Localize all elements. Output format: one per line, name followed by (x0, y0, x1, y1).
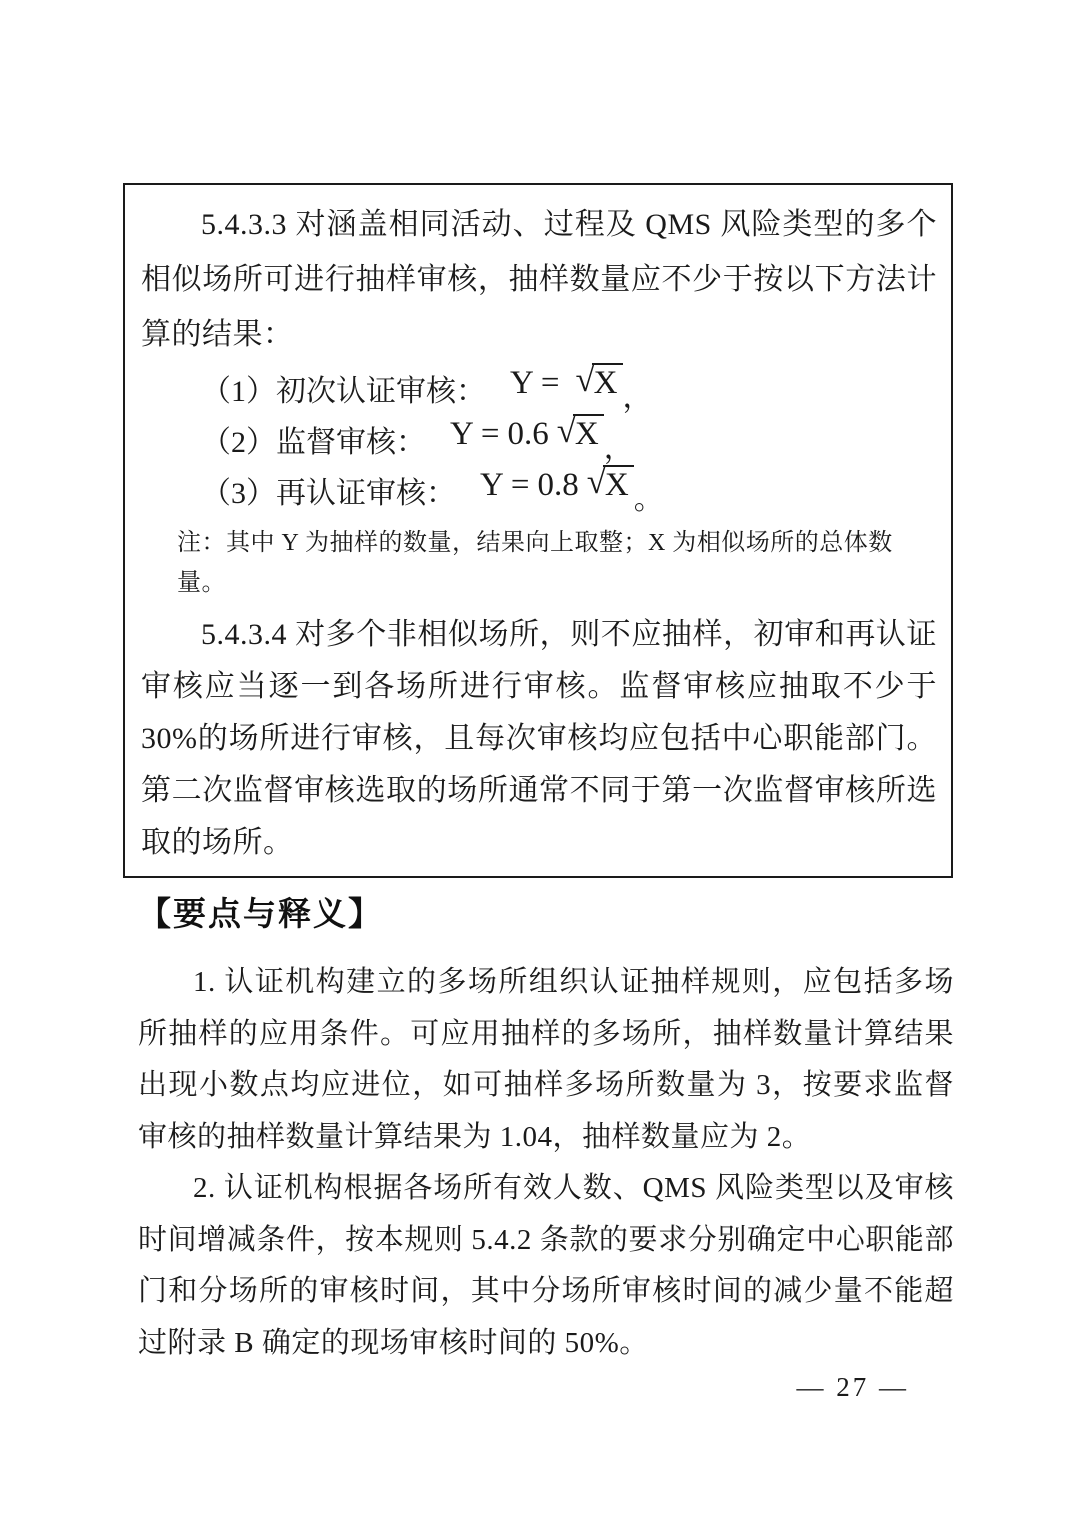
formula-coefficient: 0.6 (507, 416, 548, 452)
commentary-heading: 【要点与释义】 (138, 893, 954, 935)
formula-radicand: X (592, 363, 623, 401)
commentary-section: 【要点与释义】 1. 认证机构建立的多场所组织认证抽样规则，应包括多场所抽样的应… (138, 893, 954, 1369)
formula-label-recertification-audit: （3）再认证审核： (201, 468, 456, 512)
formula-note: 注：其中 Y 为抽样的数量，结果向上取整；X 为相似场所的总体数量。 (141, 523, 937, 603)
formula-label-initial-certification: （1）初次认证审核： (201, 366, 486, 410)
formula-row-initial-certification: （1）初次认证审核： Y =√X ， (141, 362, 937, 413)
formula-label-surveillance-audit: （2）监督审核： (201, 417, 426, 461)
formula-row-surveillance-audit: （2）监督审核： Y =0.6√X ， (141, 413, 937, 464)
formula-coefficient: 0.8 (537, 467, 578, 503)
formula-punctuation: 。 (634, 474, 664, 518)
formula-expression-surveillance-audit: Y =0.6√X (450, 413, 604, 453)
formula-lhs: Y = (510, 365, 559, 401)
formula-expression-recertification-audit: Y =0.8√X (480, 464, 634, 504)
formula-lhs: Y = (450, 416, 499, 452)
formula-row-recertification-audit: （3）再认证审核： Y =0.8√X 。 (141, 464, 937, 515)
formula-lhs: Y = (480, 467, 529, 503)
clause-5-4-3-3: 5.4.3.3 对涵盖相同活动、过程及 QMS 风险类型的多个相似场所可进行抽样… (141, 197, 937, 362)
formula-punctuation: ， (623, 372, 653, 416)
formula-radicand: X (573, 414, 604, 452)
formula-expression-initial-certification: Y =√X (510, 362, 623, 402)
clause-5-4-3-5: 5.4.3.5 分场所审核人日的计算方法参见 5.4.2，且现场审核时间不得少于… (141, 869, 937, 878)
rules-box: 5.4.3.3 对涵盖相同活动、过程及 QMS 风险类型的多个相似场所可进行抽样… (123, 183, 953, 878)
clause-5-4-3-4: 5.4.3.4 对多个非相似场所，则不应抽样，初审和再认证审核应当逐一到各场所进… (141, 609, 937, 869)
formula-punctuation: ， (604, 423, 634, 467)
page-number: — 27 — (797, 1372, 910, 1403)
commentary-item-1: 1. 认证机构建立的多场所组织认证抽样规则，应包括多场所抽样的应用条件。可应用抽… (138, 957, 954, 1163)
commentary-item-2: 2. 认证机构根据各场所有效人数、QMS 风险类型以及审核时间增减条件，按本规则… (138, 1163, 954, 1369)
formula-radicand: X (603, 465, 634, 503)
document-page: 5.4.3.3 对涵盖相同活动、过程及 QMS 风险类型的多个相似场所可进行抽样… (0, 0, 1074, 1520)
